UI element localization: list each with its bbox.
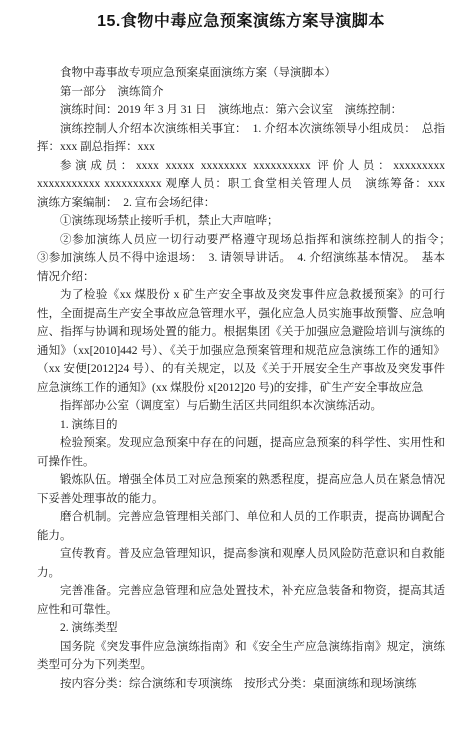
paragraph: 演练控制人介绍本次演练相关事宜： 1. 介绍本次演练领导小组成员： 总指挥：xx…: [37, 120, 445, 157]
paragraph: 按内容分类：综合演练和专项演练 按形式分类：桌面演练和现场演练: [37, 675, 445, 694]
paragraph: 演练时间：2019 年 3 月 31 日 演练地点：第六会议室 演练控制：: [37, 101, 445, 120]
paragraph: 参演成员：xxxx xxxxx xxxxxxxx xxxxxxxxxx 评价人员…: [37, 157, 445, 213]
paragraph: 磨合机制。完善应急管理相关部门、单位和人员的工作职责，提高协调配合能力。: [37, 508, 445, 545]
paragraph: ①演练现场禁止接听手机，禁止大声喧哗；: [37, 212, 445, 231]
paragraph: 食物中毒事故专项应急预案桌面演练方案（导演脚本）: [37, 64, 445, 83]
paragraph: 2. 演练类型: [37, 619, 445, 638]
document-body: 食物中毒事故专项应急预案桌面演练方案（导演脚本） 第一部分 演练简介 演练时间：…: [37, 64, 445, 693]
paragraph: 为了检验《xx 煤股份 x 矿生产安全事故及突发事件应急救援预案》的可行性，全面…: [37, 286, 445, 397]
document-title: 15.食物中毒应急预案演练方案导演脚本: [37, 12, 445, 32]
paragraph: 指挥部办公室（调度室）与后勤生活区共同组织本次演练活动。: [37, 397, 445, 416]
paragraph: 第一部分 演练简介: [37, 83, 445, 102]
paragraph: ②参加演练人员应一切行动要严格遵守现场总指挥和演练控制人的指令； ③参加演练人员…: [37, 231, 445, 287]
paragraph: 1. 演练目的: [37, 416, 445, 435]
paragraph: 宣传教育。普及应急管理知识，提高参演和观摩人员风险防范意识和自救能力。: [37, 545, 445, 582]
paragraph: 完善准备。完善应急管理和应急处置技术，补充应急装备和物资，提高其适应性和可靠性。: [37, 582, 445, 619]
paragraph: 锻炼队伍。增强全体员工对应急预案的熟悉程度，提高应急人员在紧急情况下妥善处理事故…: [37, 471, 445, 508]
document-page: 15.食物中毒应急预案演练方案导演脚本 食物中毒事故专项应急预案桌面演练方案（导…: [0, 0, 471, 737]
paragraph: 检验预案。发现应急预案中存在的问题，提高应急预案的科学性、实用性和可操作性。: [37, 434, 445, 471]
paragraph: 国务院《突发事件应急演练指南》和《安全生产应急演练指南》规定，演练类型可分为下列…: [37, 638, 445, 675]
